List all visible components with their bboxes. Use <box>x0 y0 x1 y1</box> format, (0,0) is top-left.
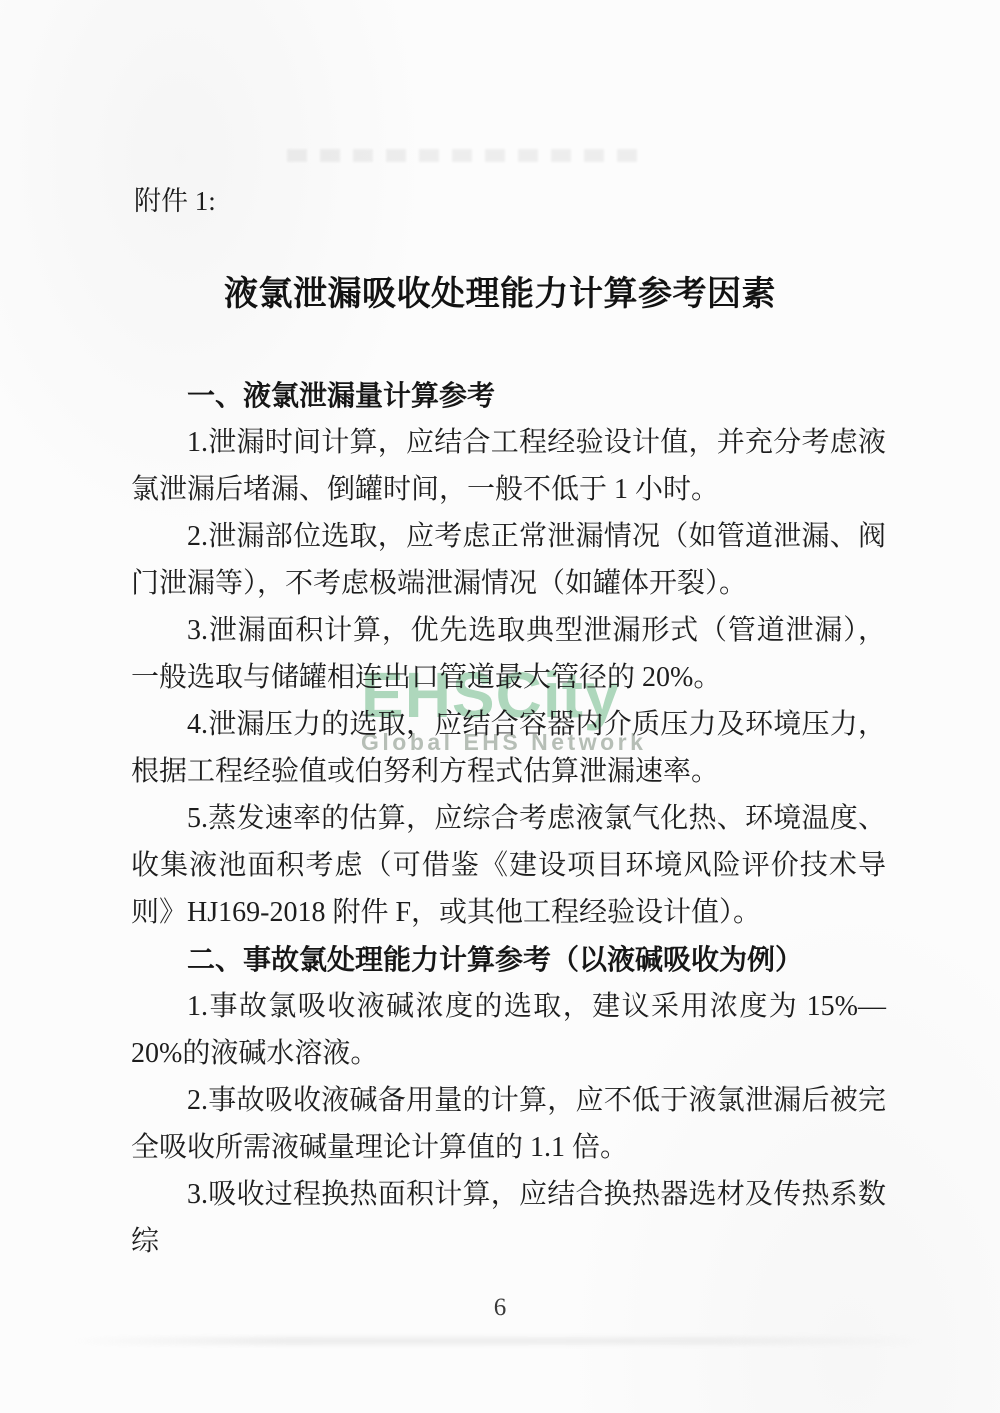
content-body: 一、液氯泄漏量计算参考 1.泄漏时间计算，应结合工程经验设计值，并充分考虑液氯泄… <box>131 372 886 1265</box>
section-heading: 一、液氯泄漏量计算参考 <box>131 372 886 419</box>
paragraph: 3.吸收过程换热面积计算，应结合换热器选材及传热系数综 <box>131 1171 886 1265</box>
paragraph: 4.泄漏压力的选取，应结合容器内介质压力及环境压力，根据工程经验值或伯努利方程式… <box>131 701 886 795</box>
paragraph: 2.泄漏部位选取，应考虑正常泄漏情况（如管道泄漏、阀门泄漏等），不考虑极端泄漏情… <box>131 513 886 607</box>
paragraph: 1.泄漏时间计算，应结合工程经验设计值，并充分考虑液氯泄漏后堵漏、倒罐时间，一般… <box>131 419 886 513</box>
scan-artifact-bottom <box>70 1337 930 1345</box>
scan-artifact-top <box>287 149 637 162</box>
section-heading: 二、事故氯处理能力计算参考（以液碱吸收为例） <box>131 936 886 983</box>
document-page: EHSCity Global EHS Network 附件 1: 液氯泄漏吸收处… <box>0 0 1000 1413</box>
page-title: 液氯泄漏吸收处理能力计算参考因素 <box>0 266 1000 315</box>
attachment-label: 附件 1: <box>134 184 216 218</box>
paragraph: 1.事故氯吸收液碱浓度的选取，建议采用浓度为 15%—20%的液碱水溶液。 <box>131 983 886 1077</box>
page-number: 6 <box>0 1294 1000 1322</box>
paragraph: 3.泄漏面积计算，优先选取典型泄漏形式（管道泄漏），一般选取与储罐相连出口管道最… <box>131 607 886 701</box>
paragraph: 5.蒸发速率的估算，应综合考虑液氯气化热、环境温度、收集液池面积考虑（可借鉴《建… <box>131 795 886 936</box>
paragraph: 2.事故吸收液碱备用量的计算，应不低于液氯泄漏后被完全吸收所需液碱量理论计算值的… <box>131 1077 886 1171</box>
